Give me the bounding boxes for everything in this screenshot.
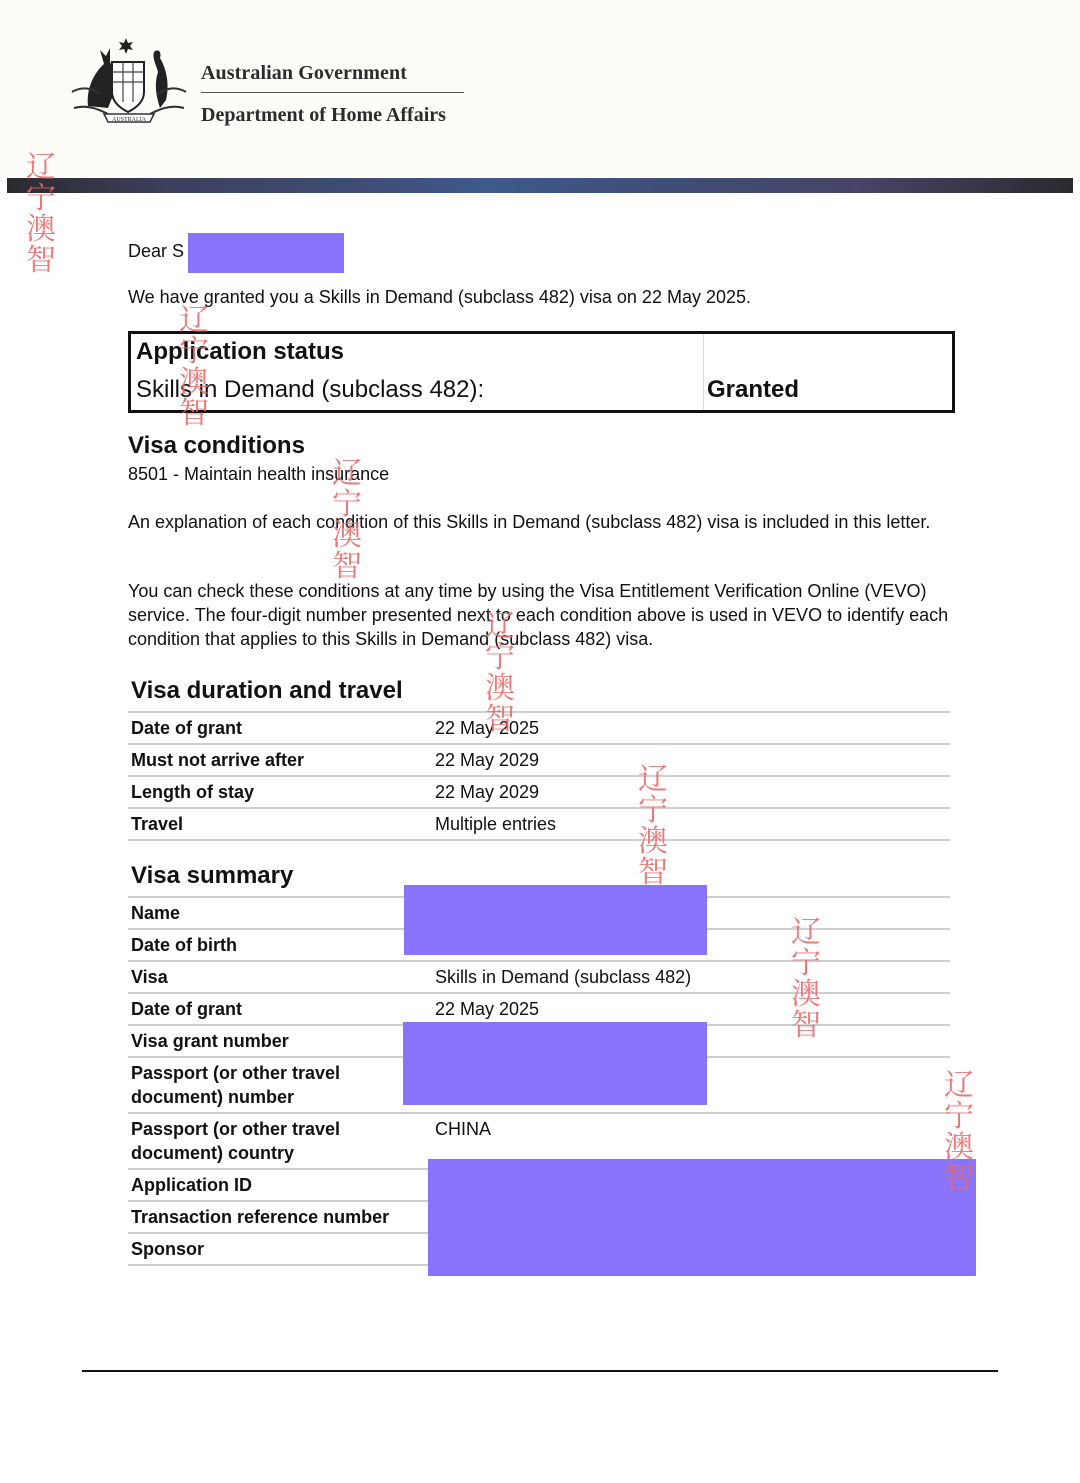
redacted-name [188,233,344,273]
svg-text:AUSTRALIA: AUSTRALIA [112,117,147,123]
row-value: Multiple entries [435,809,556,839]
visa-conditions-heading: Visa conditions [128,432,305,460]
redacted-application-sponsor [428,1159,976,1276]
organisation-name: Australian Government [201,62,407,85]
row-value: Skills in Demand (subclass 482) [435,962,691,992]
table-row: Visa Skills in Demand (subclass 482) [128,960,950,992]
visa-duration-heading: Visa duration and travel [131,677,403,705]
watermark: 辽宁澳智 [178,305,210,429]
grant-intro: We have granted you a Skills in Demand (… [128,285,751,309]
footer-rule [82,1370,998,1372]
row-label: Travel [128,809,435,839]
status-value: Granted [707,376,799,404]
redacted-name-dob [404,885,707,955]
row-label: Passport (or other travel document) coun… [128,1114,435,1168]
vevo-note: You can check these conditions at any ti… [128,579,958,651]
row-label: Date of birth [128,930,435,960]
row-label: Visa [128,962,435,992]
watermark: 辽宁澳智 [943,1070,975,1194]
department-name: Department of Home Affairs [201,104,446,127]
coat-of-arms-icon: AUSTRALIA [66,36,192,128]
row-value: 22 May 2025 [435,994,539,1024]
table-row: Date of grant 22 May 2025 [128,711,950,743]
row-label: Visa grant number [128,1026,435,1056]
watermark: 辽宁澳智 [331,458,363,582]
status-divider [703,334,704,410]
header-banner [7,178,1073,193]
visa-duration-table: Date of grant 22 May 2025 Must not arriv… [128,711,950,841]
table-row: Travel Multiple entries [128,807,950,841]
row-label: Date of grant [128,713,435,743]
visa-summary-heading: Visa summary [131,862,293,890]
row-label: Passport (or other travel document) numb… [128,1058,435,1112]
salutation: Dear S [128,239,184,263]
table-row: Must not arrive after 22 May 2029 [128,743,950,775]
watermark: 辽宁澳智 [637,764,669,888]
table-row: Date of grant 22 May 2025 [128,992,950,1024]
row-label: Sponsor [128,1234,435,1264]
row-label: Length of stay [128,777,435,807]
row-value: 22 May 2029 [435,745,539,775]
watermark: 辽宁澳智 [25,152,57,276]
conditions-explanation: An explanation of each condition of this… [128,510,948,534]
redacted-grant-passport [403,1022,707,1105]
row-label: Name [128,898,435,928]
row-label: Transaction reference number [128,1202,435,1232]
application-status-box: Application status Skills in Demand (sub… [128,331,955,413]
status-heading: Application status [136,338,344,366]
letterhead-rule [201,92,464,93]
row-label: Application ID [128,1170,435,1200]
row-label: Date of grant [128,994,435,1024]
watermark: 辽宁澳智 [484,611,516,735]
row-label: Must not arrive after [128,745,435,775]
table-row: Length of stay 22 May 2029 [128,775,950,807]
watermark: 辽宁澳智 [790,917,822,1041]
row-value: 22 May 2029 [435,777,539,807]
